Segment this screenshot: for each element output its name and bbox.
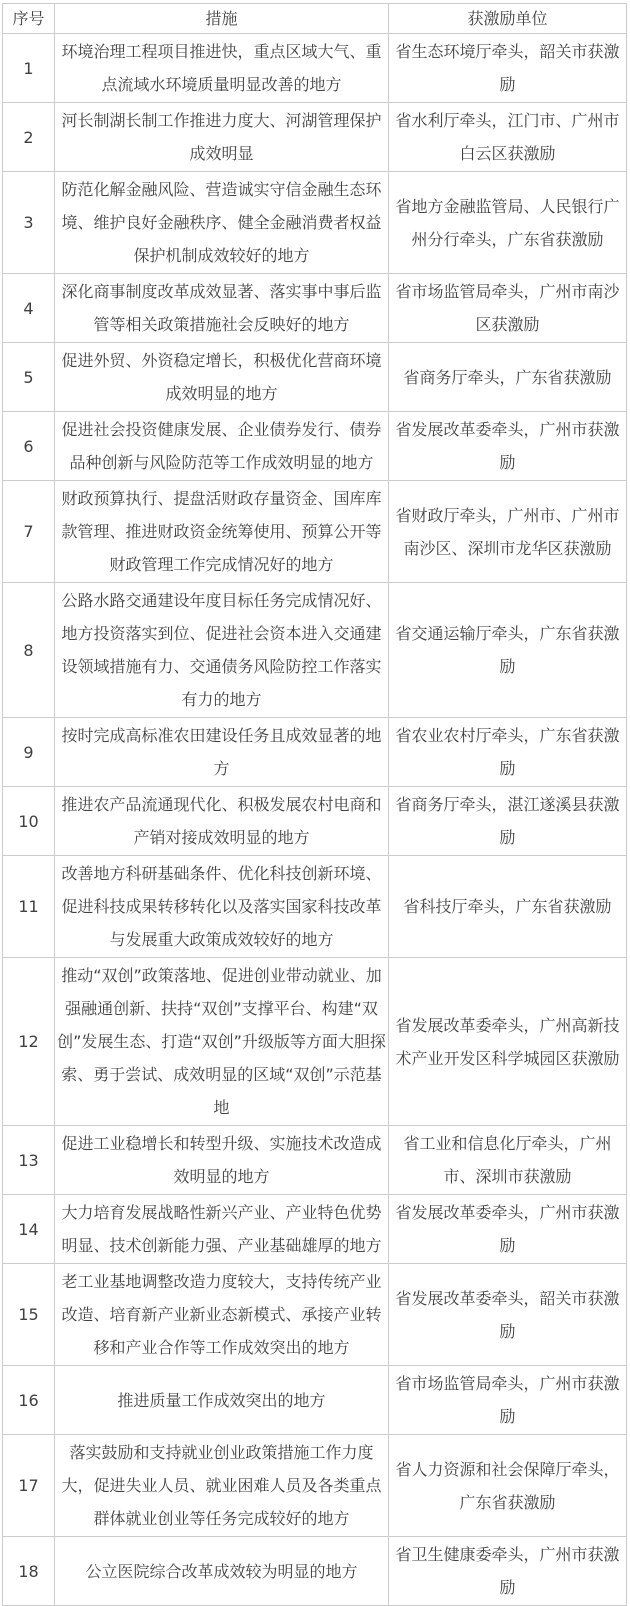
incentivized-unit-cell: 省卫生健康委牵头，广州市获激励 — [389, 1537, 627, 1606]
row-number-cell: 12 — [3, 958, 55, 1126]
measure-cell: 推动“双创”政策落地、促进创业带动就业、加强融通创新、扶持“双创”支撑平台、构建… — [55, 958, 389, 1126]
row-number-cell: 6 — [3, 412, 55, 481]
table-row: 12推动“双创”政策落地、促进创业带动就业、加强融通创新、扶持“双创”支撑平台、… — [3, 958, 627, 1126]
measure-cell: 老工业基地调整改造力度较大，支持传统产业改造、培育新产业新业态新模式、承接产业转… — [55, 1264, 389, 1366]
measure-cell: 大力培育发展战略性新兴产业、产业特色优势明显、技术创新能力强、产业基础雄厚的地方 — [55, 1195, 389, 1264]
measure-cell: 促进外贸、外资稳定增长，积极优化营商环境成效明显的地方 — [55, 343, 389, 412]
measure-cell: 财政预算执行、提盘活财政存量资金、国库库款管理、推进财政资金统筹使用、预算公开等… — [55, 481, 389, 583]
row-number-cell: 3 — [3, 172, 55, 274]
table-row: 13促进工业稳增长和转型升级、实施技术改造成效明显的地方省工业和信息化厅牵头，广… — [3, 1126, 627, 1195]
incentivized-unit-cell: 省市场监管局牵头，广州市获激励 — [389, 1366, 627, 1435]
table-body: 1环境治理工程项目推进快，重点区域大气、重点流域水环境质量明显改善的地方省生态环… — [3, 34, 627, 1606]
incentivized-unit-cell: 省市场监管局牵头，广州市南沙区获激励 — [389, 274, 627, 343]
table-row: 11改善地方科研基础条件、优化科技创新环境、促进科技成果转移转化以及落实国家科技… — [3, 856, 627, 958]
measure-cell: 公立医院综合改革成效较为明显的地方 — [55, 1537, 389, 1606]
row-number-cell: 9 — [3, 718, 55, 787]
measure-cell: 公路水路交通建设年度目标任务完成情况好、地方投资落实到位、促进社会资本进入交通建… — [55, 583, 389, 718]
measure-cell: 推进农产品流通现代化、积极发展农村电商和产销对接成效明显的地方 — [55, 787, 389, 856]
row-number-cell: 14 — [3, 1195, 55, 1264]
measure-cell: 防范化解金融风险、营造诚实守信金融生态环境、维护良好金融秩序、健全金融消费者权益… — [55, 172, 389, 274]
table-row: 4深化商事制度改革成效显著、落实事中事后监管等相关政策措施社会反映好的地方省市场… — [3, 274, 627, 343]
page: 序号 措施 获激励单位 1环境治理工程项目推进快，重点区域大气、重点流域水环境质… — [0, 3, 630, 1606]
row-number-cell: 17 — [3, 1435, 55, 1537]
row-number-cell: 18 — [3, 1537, 55, 1606]
measure-cell: 推进质量工作成效突出的地方 — [55, 1366, 389, 1435]
table-row: 9按时完成高标准农田建设任务且成效显著的地方省农业农村厅牵头，广东省获激励 — [3, 718, 627, 787]
header-measure: 措施 — [55, 4, 389, 34]
measure-cell: 促进工业稳增长和转型升级、实施技术改造成效明显的地方 — [55, 1126, 389, 1195]
measure-cell: 改善地方科研基础条件、优化科技创新环境、促进科技成果转移转化以及落实国家科技改革… — [55, 856, 389, 958]
measure-cell: 深化商事制度改革成效显著、落实事中事后监管等相关政策措施社会反映好的地方 — [55, 274, 389, 343]
row-number-cell: 15 — [3, 1264, 55, 1366]
table-row: 6促进社会投资健康发展、企业债券发行、债券品种创新与风险防范等工作成效明显的地方… — [3, 412, 627, 481]
row-number-cell: 1 — [3, 34, 55, 103]
table-row: 18公立医院综合改革成效较为明显的地方省卫生健康委牵头，广州市获激励 — [3, 1537, 627, 1606]
table-header-row: 序号 措施 获激励单位 — [3, 4, 627, 34]
row-number-cell: 5 — [3, 343, 55, 412]
row-number-cell: 2 — [3, 103, 55, 172]
incentivized-unit-cell: 省商务厅牵头，广东省获激励 — [389, 343, 627, 412]
incentivized-unit-cell: 省发展改革委牵头，广州市获激励 — [389, 412, 627, 481]
row-number-cell: 8 — [3, 583, 55, 718]
table-row: 10推进农产品流通现代化、积极发展农村电商和产销对接成效明显的地方省商务厅牵头，… — [3, 787, 627, 856]
table-row: 5促进外贸、外资稳定增长，积极优化营商环境成效明显的地方省商务厅牵头，广东省获激… — [3, 343, 627, 412]
row-number-cell: 13 — [3, 1126, 55, 1195]
header-row-number: 序号 — [3, 4, 55, 34]
row-number-cell: 10 — [3, 787, 55, 856]
incentivized-unit-cell: 省发展改革委牵头，韶关市获激励 — [389, 1264, 627, 1366]
row-number-cell: 16 — [3, 1366, 55, 1435]
row-number-cell: 7 — [3, 481, 55, 583]
row-number-cell: 11 — [3, 856, 55, 958]
incentive-measures-table: 序号 措施 获激励单位 1环境治理工程项目推进快，重点区域大气、重点流域水环境质… — [2, 3, 627, 1606]
table-row: 15老工业基地调整改造力度较大，支持传统产业改造、培育新产业新业态新模式、承接产… — [3, 1264, 627, 1366]
table-row: 17落实鼓励和支持就业创业政策措施工作力度大，促进失业人员、就业困难人员及各类重… — [3, 1435, 627, 1537]
measure-cell: 环境治理工程项目推进快，重点区域大气、重点流域水环境质量明显改善的地方 — [55, 34, 389, 103]
row-number-cell: 4 — [3, 274, 55, 343]
incentivized-unit-cell: 省农业农村厅牵头，广东省获激励 — [389, 718, 627, 787]
incentivized-unit-cell: 省交通运输厅牵头，广东省获激励 — [389, 583, 627, 718]
header-incentivized-unit: 获激励单位 — [389, 4, 627, 34]
incentivized-unit-cell: 省财政厅牵头，广州市、广州市南沙区、深圳市龙华区获激励 — [389, 481, 627, 583]
table-row: 3防范化解金融风险、营造诚实守信金融生态环境、维护良好金融秩序、健全金融消费者权… — [3, 172, 627, 274]
measure-cell: 河长制湖长制工作推进力度大、河湖管理保护成效明显 — [55, 103, 389, 172]
incentivized-unit-cell: 省水利厅牵头，江门市、广州市白云区获激励 — [389, 103, 627, 172]
measure-cell: 按时完成高标准农田建设任务且成效显著的地方 — [55, 718, 389, 787]
incentivized-unit-cell: 省生态环境厅牵头，韶关市获激励 — [389, 34, 627, 103]
incentivized-unit-cell: 省科技厅牵头，广东省获激励 — [389, 856, 627, 958]
incentivized-unit-cell: 省商务厅牵头，湛江遂溪县获激励 — [389, 787, 627, 856]
table-row: 7财政预算执行、提盘活财政存量资金、国库库款管理、推进财政资金统筹使用、预算公开… — [3, 481, 627, 583]
table-row: 16推进质量工作成效突出的地方省市场监管局牵头，广州市获激励 — [3, 1366, 627, 1435]
table-row: 2河长制湖长制工作推进力度大、河湖管理保护成效明显省水利厅牵头，江门市、广州市白… — [3, 103, 627, 172]
measure-cell: 促进社会投资健康发展、企业债券发行、债券品种创新与风险防范等工作成效明显的地方 — [55, 412, 389, 481]
measure-cell: 落实鼓励和支持就业创业政策措施工作力度大，促进失业人员、就业困难人员及各类重点群… — [55, 1435, 389, 1537]
table-row: 1环境治理工程项目推进快，重点区域大气、重点流域水环境质量明显改善的地方省生态环… — [3, 34, 627, 103]
incentivized-unit-cell: 省发展改革委牵头，广州高新技术产业开发区科学城园区获激励 — [389, 958, 627, 1126]
incentivized-unit-cell: 省地方金融监管局、人民银行广州分行牵头，广东省获激励 — [389, 172, 627, 274]
table-row: 14大力培育发展战略性新兴产业、产业特色优势明显、技术创新能力强、产业基础雄厚的… — [3, 1195, 627, 1264]
incentivized-unit-cell: 省人力资源和社会保障厅牵头，广东省获激励 — [389, 1435, 627, 1537]
incentivized-unit-cell: 省工业和信息化厅牵头，广州市、深圳市获激励 — [389, 1126, 627, 1195]
incentivized-unit-cell: 省发展改革委牵头，广州市获激励 — [389, 1195, 627, 1264]
table-row: 8公路水路交通建设年度目标任务完成情况好、地方投资落实到位、促进社会资本进入交通… — [3, 583, 627, 718]
